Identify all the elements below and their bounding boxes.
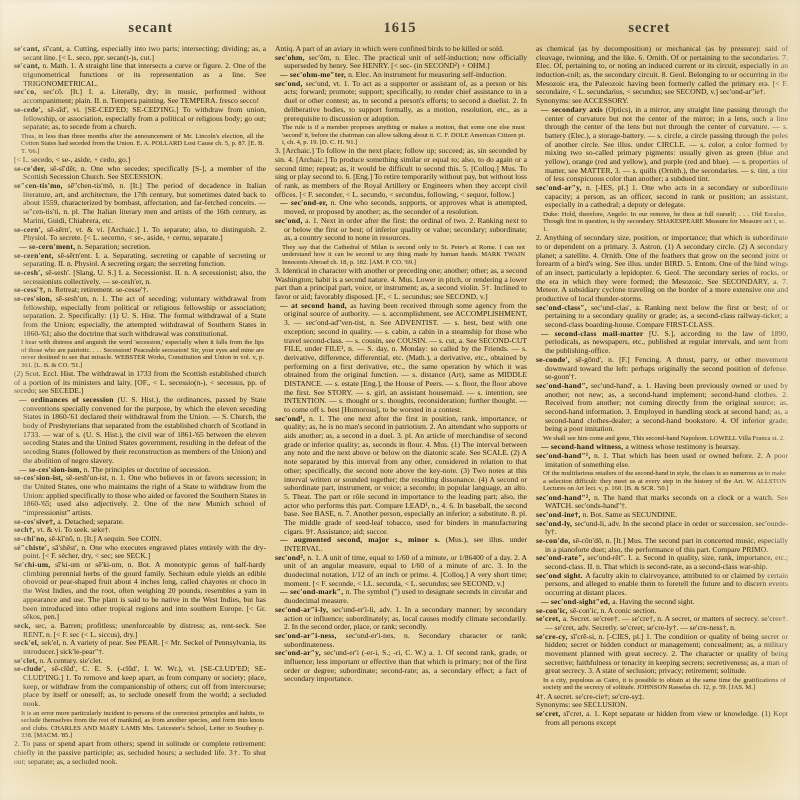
citation-quote: I hear with distress and anguish the wor… [14, 338, 266, 370]
dictionary-entry: se″cen-tis′mo, sē″chen-tis′mō, n. [It.] … [14, 182, 266, 225]
headword: sec′ohm, [275, 53, 309, 62]
headword: sec′ond-ar″y, [536, 183, 586, 192]
headword: — sec′ohm-me″ter, [280, 70, 348, 79]
dictionary-entry: 2. Anything of secondary size, position,… [536, 234, 788, 304]
dictionary-entry: sec′ond-ar″y, n. [-IES, pl.] 1. One who … [536, 184, 788, 210]
headword: se′cant, [14, 45, 43, 53]
dictionary-entry: 3. Identical in character with another o… [275, 267, 527, 302]
headword: se″cen-tis′mo, [14, 181, 68, 190]
citation-quote: The rule is if a member proposes anythin… [275, 123, 527, 147]
headword: sec′co, [14, 87, 43, 96]
citation-quote: It is an error more particularly inciden… [14, 709, 266, 741]
dictionary-entry: se-cern′, sē-sērn′, vt. & vi. [Archaic.]… [14, 226, 266, 243]
headword: se-cern′ent, [14, 251, 58, 260]
dictionary-page: secant 1615 secret se′cant, sī′cant, a. … [0, 0, 800, 800]
dictionary-entry: 3. [Archaic.] To follow in the next plac… [275, 147, 527, 199]
headword: sec′ond-hand″¹, [536, 451, 594, 460]
sub-entry: — sec′ond-er, n. One who seconds, suppor… [275, 199, 527, 216]
headword: se-cesh′, [14, 268, 45, 277]
dictionary-entry: seck′el, sek′el, n. A variety of pear. S… [14, 639, 266, 656]
headword: sec′ond², [275, 553, 307, 562]
dictionary-entry: sec′ond, sec′und, vt. 1. To act as a sup… [275, 80, 527, 123]
sub-entry: — sec′ond-mark″, n. The symbol (″) used … [275, 588, 527, 605]
headword: se′cre-cy, [536, 632, 570, 641]
running-head: secant 1615 secret [0, 0, 800, 43]
headword: se-ces′sion-ist, [14, 473, 66, 482]
dictionary-entry: sec′ond, a. 1. Next in order after the f… [275, 217, 527, 243]
headword: — se-ces′sion-ism, [19, 465, 84, 474]
citation-quote: In a city, populous as Cairo, it is poss… [536, 676, 788, 693]
headword: se-cess′†, [14, 285, 47, 294]
dictionary-entry: se-con′do, sē-cōn′dō, n. [It.] Mus. The … [536, 537, 788, 554]
headword: sec′ond-ar″i-ly, [275, 605, 332, 614]
headword: sec′ond¹, [275, 414, 309, 423]
headword: sec′ond-ly, [536, 519, 575, 528]
headword: se-ces′sive†, [14, 517, 57, 526]
headword: sec′ond-hand″, [536, 381, 591, 390]
dictionary-entry: seck, sec, a. Barren; profitless; unenfo… [14, 622, 266, 639]
dictionary-entry: sec′ond², n. 1. A unit of time, equal to… [275, 554, 527, 589]
text-column: Antiq. A part of an aviary in which were… [275, 45, 527, 797]
headword: — sec′ond-sight″ed, [541, 597, 612, 606]
dictionary-entry: sec′ond-ar″y, sec′und-er′i (-er-i, S.; -… [275, 649, 527, 684]
headword: sec′ond, [275, 216, 305, 225]
dictionary-entry: sec′ond-hand″¹, n. 1. That which has bee… [536, 452, 788, 469]
dictionary-entry: se′cre-cy, sī′crē-si, n. [-CIES, pl.] 1.… [536, 633, 788, 676]
headword: — sec′ond-mark″, [280, 587, 346, 596]
dictionary-entry: sec′ond-hand″, sec′und-hand′, a. 1. Havi… [536, 382, 788, 434]
citation-quote: Duke: Hold, therefore, Angelo: In our re… [536, 210, 788, 234]
headword: se-con′do, [536, 536, 573, 545]
headword: se′cret, [536, 614, 563, 623]
page-number: 1615 [275, 20, 524, 37]
headword: sé″chiste′, [14, 543, 52, 552]
headword: seck′el, [14, 638, 41, 647]
dictionary-entry: sé″chiste′, sā′shēst′, n. One who execut… [14, 544, 266, 561]
dictionary-entry: sec′ohm, sec′ōm, n. Elec. The practical … [275, 54, 527, 71]
dictionary-entry: se-clude′, sē-clūd′, C. E. S. (-clūd′, I… [14, 665, 266, 708]
dictionary-entry: sec′ond sight. A faculty akin to clairvo… [536, 572, 788, 598]
headword: se-con′ic, [536, 606, 570, 615]
headword: se-ce′der, [14, 164, 50, 173]
dictionary-entry: sec′ond-rate″, sec′und-rēt″. I. a. Secon… [536, 554, 788, 571]
dictionary-entry: sec′ond-hand″², n. The hand that marks s… [536, 494, 788, 511]
dictionary-entry: se-cede′, sē-sīd′, vi. [SE-CED′ED; SE-CE… [14, 106, 266, 132]
headword: sec′ond-ar″i-ness, [275, 631, 346, 640]
text-column: se′cant, sī′cant, a. Cutting, especially… [14, 45, 266, 797]
dictionary-entry: se′cant, sī′cant, a. Cutting, especially… [14, 45, 266, 62]
dictionary-entry: se-ce′der, sē-sī′dēr, n. One who secedes… [14, 165, 266, 182]
headword: se-cern′, [14, 225, 47, 234]
citation-quote: Of the multifarious retailers of the sec… [536, 469, 788, 493]
headword: — at second hand, [280, 301, 350, 310]
text-columns: se′cant, sī′cant, a. Cutting, especially… [0, 43, 800, 797]
headword: — sec′ond-er, [280, 198, 331, 207]
dictionary-entry: sec′ond-ly, sec′und-li, adv. In the seco… [536, 520, 788, 537]
headword: se′cret, [536, 709, 563, 718]
text-column: as chemical (as by decomposition) or mec… [536, 45, 788, 797]
guide-word-left: secant [26, 20, 275, 37]
sub-entry: — secondary axis (Optics), in a mirror, … [536, 106, 788, 184]
dictionary-entry: sec′ond-ar″i-ness, sec′und-er′i-nes, n. … [275, 632, 527, 649]
dictionary-entry: se-cesh′, sē-sesh′. [Slang, U. S.] I. a.… [14, 269, 266, 286]
dictionary-entry: sec′co, sec′cō. [It.] I. a. Literally, d… [14, 88, 266, 105]
dictionary-entry: sec′ond-class″, sec′und-clas′, a. Rankin… [536, 304, 788, 330]
dictionary-entry: sec′ond¹, n. 1. The one next after the f… [275, 415, 527, 537]
headword: se-cede′, [14, 105, 48, 114]
sub-entry: — at second hand, as having been receive… [275, 302, 527, 415]
citation-quote: Thus, in less than three months after th… [14, 132, 266, 156]
dictionary-entry: se′cret, a. Secret. se′cree†. — se′cre†,… [536, 615, 788, 632]
headword: se′cant, [14, 61, 42, 70]
headword: se-ces′sion, [14, 294, 56, 303]
headword: sec′ond-hand″², [536, 493, 594, 502]
headword: Se′chi-um, [14, 560, 55, 569]
dictionary-entry: se′cant, n. Math. 1. A straight line tha… [14, 62, 266, 88]
headword: se-chi′no, [14, 534, 49, 543]
dictionary-entry: se′cret, sī′cret, a. 1. Kept separate or… [536, 710, 788, 727]
citation-quote: They say that the Cathedral of Milan is … [275, 243, 527, 267]
headword: sec′ond-class″, [536, 303, 591, 312]
headword: sec′ond sight. [536, 571, 585, 580]
dictionary-entry: se-cern′ent, sē-sērn′ent. I. a. Separati… [14, 252, 266, 269]
dictionary-entry: se-ces′sion-ist, sē-sesh′un-ist, n. 1. O… [14, 474, 266, 517]
dictionary-entry: 2. To pass or spend apart from others; s… [14, 740, 266, 766]
sub-entry: — second-class mail-matter [U. S.], acco… [536, 330, 788, 356]
headword: seck, [14, 621, 35, 630]
headword: sec′ond-rate″, [536, 553, 587, 562]
headword: — second-class mail-matter [541, 329, 649, 338]
sub-entry: — augmented second, major s., minor s. (… [275, 536, 527, 553]
headword: — ordinances of secession [19, 395, 118, 404]
dictionary-entry: se-conde′, sē-gōnd′, n. [F.] Fencing. A … [536, 356, 788, 382]
headword: se-conde′, [536, 355, 575, 364]
headword: — secondary axis [541, 105, 606, 114]
dictionary-entry: (2) Scot. Eccl. Hist. The withdrawal in … [14, 370, 266, 396]
headword: sec′ond-ine†, [536, 510, 583, 519]
dictionary-entry: Se′chi-um, sī′ki-um or sē′ki-um, n. Bot.… [14, 561, 266, 622]
headword: — second-hand witness, [541, 442, 625, 451]
headword: se′clet, [14, 656, 39, 665]
headword: se-clude′, [14, 664, 52, 673]
headword: sec′ond-ar″y, [275, 648, 324, 657]
dictionary-entry: as chemical (as by decomposition) or mec… [536, 45, 788, 97]
headword: sech†, [14, 525, 37, 534]
dictionary-entry: sec′ond-ar″i-ly, sec′und-er′i-li, adv. 1… [275, 606, 527, 632]
dictionary-entry: se-ces′sion, sē-sesh′un, n. 1. The act o… [14, 295, 266, 338]
sub-entry: — ordinances of secession (U. S. Hist.),… [14, 396, 266, 466]
headword: — se-cern′ment, [19, 242, 77, 251]
headword: sec′ond, [275, 79, 306, 88]
guide-word-right: secret [525, 20, 774, 37]
headword: — augmented second, major s., minor s. [280, 535, 446, 544]
